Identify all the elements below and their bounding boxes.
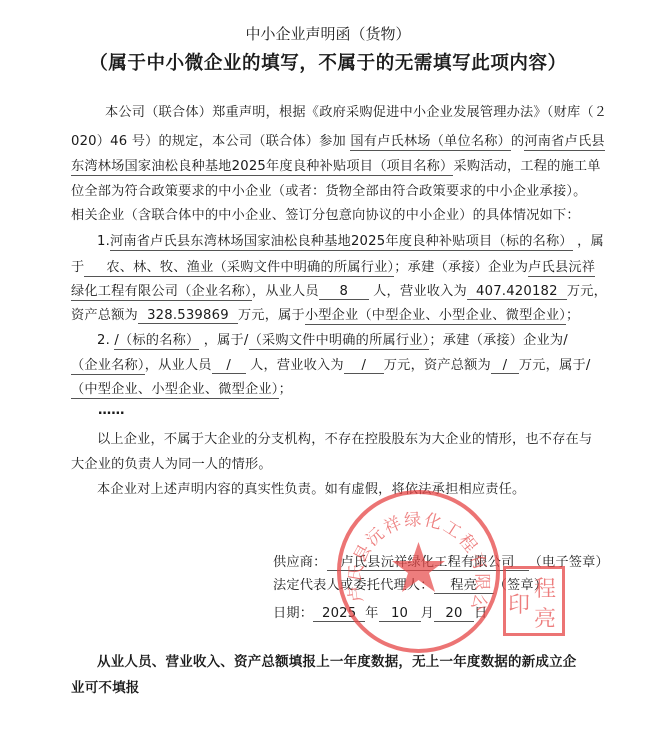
item-text: 万元，属于 <box>238 308 305 323</box>
star-icon <box>392 542 445 592</box>
item-number: 2. <box>97 333 110 348</box>
intro-line-4: 位全部为符合政策要求的中小企业（或者：货物全部由符合政策要求的中小企业承接）。 <box>71 183 587 201</box>
item1-assets-field[interactable]: 328.539869 <box>138 307 238 324</box>
svg-text:程: 程 <box>534 577 556 602</box>
item1-company-field[interactable]: 绿化工程有限公司（企业名称） <box>71 284 252 301</box>
item-text: ，从业人员 <box>252 284 319 299</box>
document-subtitle: （属于中小微企业的填写，不属于的无需填写此项内容） <box>0 52 656 76</box>
purchaser-name-field[interactable]: 国有卢氏林场（单位名称） <box>350 134 511 151</box>
item-number: 1. <box>97 234 110 249</box>
svg-text:亮: 亮 <box>534 607 556 632</box>
item2-size-field[interactable]: （中型企业、小型企业、微型企业） <box>71 382 279 399</box>
statement-line-1: 以上企业，不属于大企业的分支机构，不存在控股股东为大企业的情形，也不存在与 <box>97 431 592 449</box>
item-text: 人，营业收入为 <box>373 284 467 299</box>
item1-target-name-field[interactable]: 河南省卢氏县东湾林场国家油松良种基地2025年度良种补贴项目（标的名称） <box>110 234 573 251</box>
intro-line-2: 020）46 号）的规定，本公司（联合体）参加 国有卢氏林场（单位名称）的河南省… <box>71 133 605 151</box>
item1-size-field[interactable]: 小型企业（中型企业、小型企业、微型企业） <box>305 308 566 325</box>
item-text: ；承建（承接）企业为/ <box>429 333 568 348</box>
item1-revenue-field[interactable]: 407.420182 <box>467 283 567 300</box>
item1-line-3: 绿化工程有限公司（企业名称），从业人员8 人，营业收入为407.420182万元… <box>71 283 607 301</box>
item2-revenue-field[interactable]: / <box>344 357 384 374</box>
intro-line-3: 东湾林场国家油松良种基地2025年度良种补贴项目（项目名称）采购活动，工程的施工… <box>71 158 601 176</box>
item2-company-field[interactable]: （企业名称） <box>71 358 145 375</box>
personal-seal-graphic: 程 亮 印 <box>503 566 565 636</box>
item-text: ； <box>279 382 292 397</box>
item-text: 万元， <box>567 284 607 299</box>
item2-line-2: （企业名称），从业人员/ 人，营业收入为/万元，资产总额为/万元，属于/ <box>71 357 591 375</box>
item1-line-1: 1.河南省卢氏县东湾林场国家油松良种基地2025年度良种补贴项目（标的名称） ，… <box>97 233 604 251</box>
svg-text:印: 印 <box>508 593 530 618</box>
item1-line-2: 于 农、林、牧、渔业（采购文件中明确的所属行业）；承建（承接）企业为卢氏县沅祥 <box>71 259 595 277</box>
item-text: 于 <box>71 260 84 275</box>
item-text: 万元，资产总额为 <box>384 358 491 373</box>
item-text: 人，营业收入为 <box>250 358 344 373</box>
item1-company-field-start[interactable]: 卢氏县沅祥 <box>528 260 595 277</box>
item-text: 万元，属于/ <box>519 358 591 373</box>
item2-industry-field[interactable]: （采购文件中明确的所属行业） <box>249 333 430 350</box>
ellipsis: …… <box>98 402 124 420</box>
intro-line-1: 本公司（联合体）郑重声明，根据《政府采购促进中小企业发展管理办法》（财库（２ <box>105 104 607 122</box>
footer-note-line-1: 从业人员、营业收入、资产总额填报上一年度数据，无上一年度数据的新成立企 <box>97 653 577 671</box>
item-text: ； <box>566 308 579 323</box>
item-text: ，属于/ <box>204 333 249 348</box>
company-seal-graphic: 卢氏县沅祥绿化工程有限公司 <box>337 490 500 653</box>
seal-round-text: 卢氏县沅祥绿化工程有限公司 <box>337 490 492 615</box>
supplier-label: 供应商： <box>273 555 327 570</box>
intro-text: 的 <box>511 134 524 149</box>
industry-value: 农、林、牧、渔业（采购文件中明确的所属行业） <box>106 260 394 275</box>
item2-line-1: 2. /（标的名称） ，属于/（采购文件中明确的所属行业）；承建（承接）企业为/ <box>97 332 568 350</box>
item-text: ；承建（承接）企业为 <box>394 260 528 275</box>
intro-text: 020）46 号）的规定，本公司（联合体）参加 <box>71 134 346 149</box>
item2-assets-field[interactable]: / <box>491 357 519 374</box>
item2-staff-field[interactable]: / <box>212 357 246 374</box>
item1-line-4: 资产总额为328.539869万元，属于小型企业（中型企业、小型企业、微型企业）… <box>71 307 579 325</box>
footer-note-line-2: 业可不填报 <box>71 679 140 697</box>
item2-line-3: （中型企业、小型企业、微型企业）； <box>71 381 292 399</box>
item-text: ，属 <box>577 234 604 249</box>
item1-staff-field[interactable]: 8 <box>319 283 369 300</box>
document-title: 中小企业声明函（货物） <box>0 24 656 44</box>
intro-line-5: 相关企业（含联合体中的中小企业、签订分包意向协议的中小企业）的具体情况如下： <box>71 207 580 225</box>
project-name-field[interactable]: 东湾林场国家油松良种基地2025年度良种补贴项目（项目名称） <box>71 159 453 176</box>
item-text: ，从业人员 <box>145 358 212 373</box>
project-name-field-start[interactable]: 河南省卢氏县 <box>524 134 604 151</box>
item-text: 资产总额为 <box>71 308 138 323</box>
intro-text: 采购活动，工程的施工单 <box>453 159 600 174</box>
date-label: 日期： <box>273 606 313 621</box>
item2-target-name-field[interactable]: /（标的名称） <box>114 333 199 350</box>
svg-text:卢氏县沅祥绿化工程有限公司: 卢氏县沅祥绿化工程有限公司 <box>337 490 492 615</box>
item1-industry-field[interactable]: 农、林、牧、渔业（采购文件中明确的所属行业） <box>84 260 394 277</box>
statement-line-2: 大企业的负责人为同一人的情形。 <box>71 456 272 474</box>
